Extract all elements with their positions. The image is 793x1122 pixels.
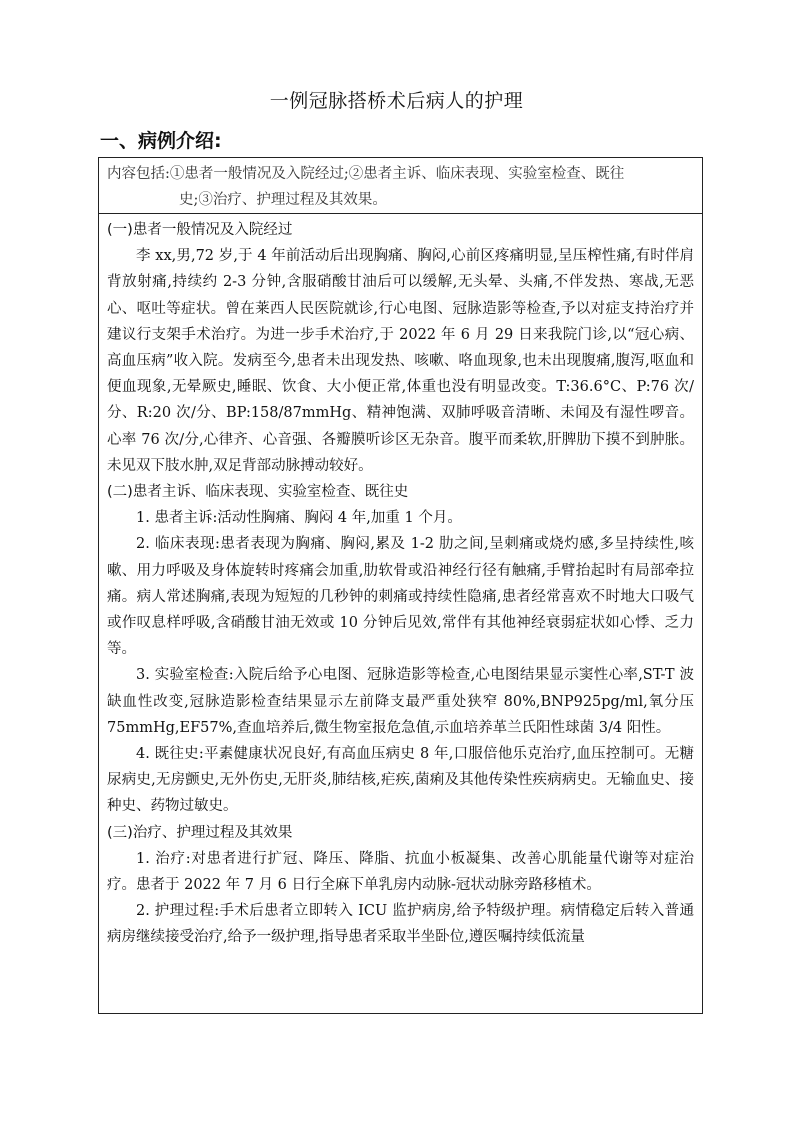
- paragraph-chief-complaint: 1. 患者主诉:活动性胸痛、胸闷 4 年,加重 1 个月。: [107, 505, 694, 531]
- subsection-heading-1: (一)患者一般情况及入院经过: [107, 217, 694, 243]
- case-body: (一)患者一般情况及入院经过 李 xx,男,72 岁,于 4 年前活动后出现胸痛…: [99, 214, 702, 951]
- subsection-heading-2: (二)患者主诉、临床表现、实验室检查、既往史: [107, 479, 694, 505]
- intro-line-1: ①患者一般情况及入院经过;②患者主诉、临床表现、实验室检查、既往: [170, 166, 624, 182]
- paragraph-general-info: 李 xx,男,72 岁,于 4 年前活动后出现胸痛、胸闷,心前区疼痛明显,呈压榨…: [107, 243, 694, 479]
- intro-line-2: 史;③治疗、护理过程及其效果。: [107, 187, 694, 213]
- paragraph-nursing-process: 2. 护理过程:手术后患者立即转入 ICU 监护病房,给予特级护理。病情稳定后转…: [107, 898, 694, 950]
- paragraph-past-history: 4. 既往史:平素健康状况良好,有高血压病史 8 年,口服倍他乐克治疗,血压控制…: [107, 741, 694, 820]
- intro-label: 内容包括:: [107, 161, 170, 187]
- section-heading-case-intro: 一、病例介绍:: [100, 126, 222, 153]
- paragraph-lab-tests: 3. 实验室检查:入院后给予心电图、冠脉造影等检查,心电图结果显示窦性心率,ST…: [107, 662, 694, 741]
- paragraph-treatment: 1. 治疗:对患者进行扩冠、降压、降脂、抗血小板凝集、改善心肌能量代谢等对症治疗…: [107, 846, 694, 898]
- subsection-heading-3: (三)治疗、护理过程及其效果: [107, 820, 694, 846]
- paragraph-clinical-manifestation: 2. 临床表现:患者表现为胸痛、胸闷,累及 1-2 肋之间,呈刺痛或烧灼感,多呈…: [107, 531, 694, 662]
- intro-box: 内容包括:①患者一般情况及入院经过;②患者主诉、临床表现、实验室检查、既往 史;…: [99, 158, 702, 214]
- document-title: 一例冠脉搭桥术后病人的护理: [0, 86, 793, 113]
- case-frame: 内容包括:①患者一般情况及入院经过;②患者主诉、临床表现、实验室检查、既往 史;…: [98, 157, 703, 1014]
